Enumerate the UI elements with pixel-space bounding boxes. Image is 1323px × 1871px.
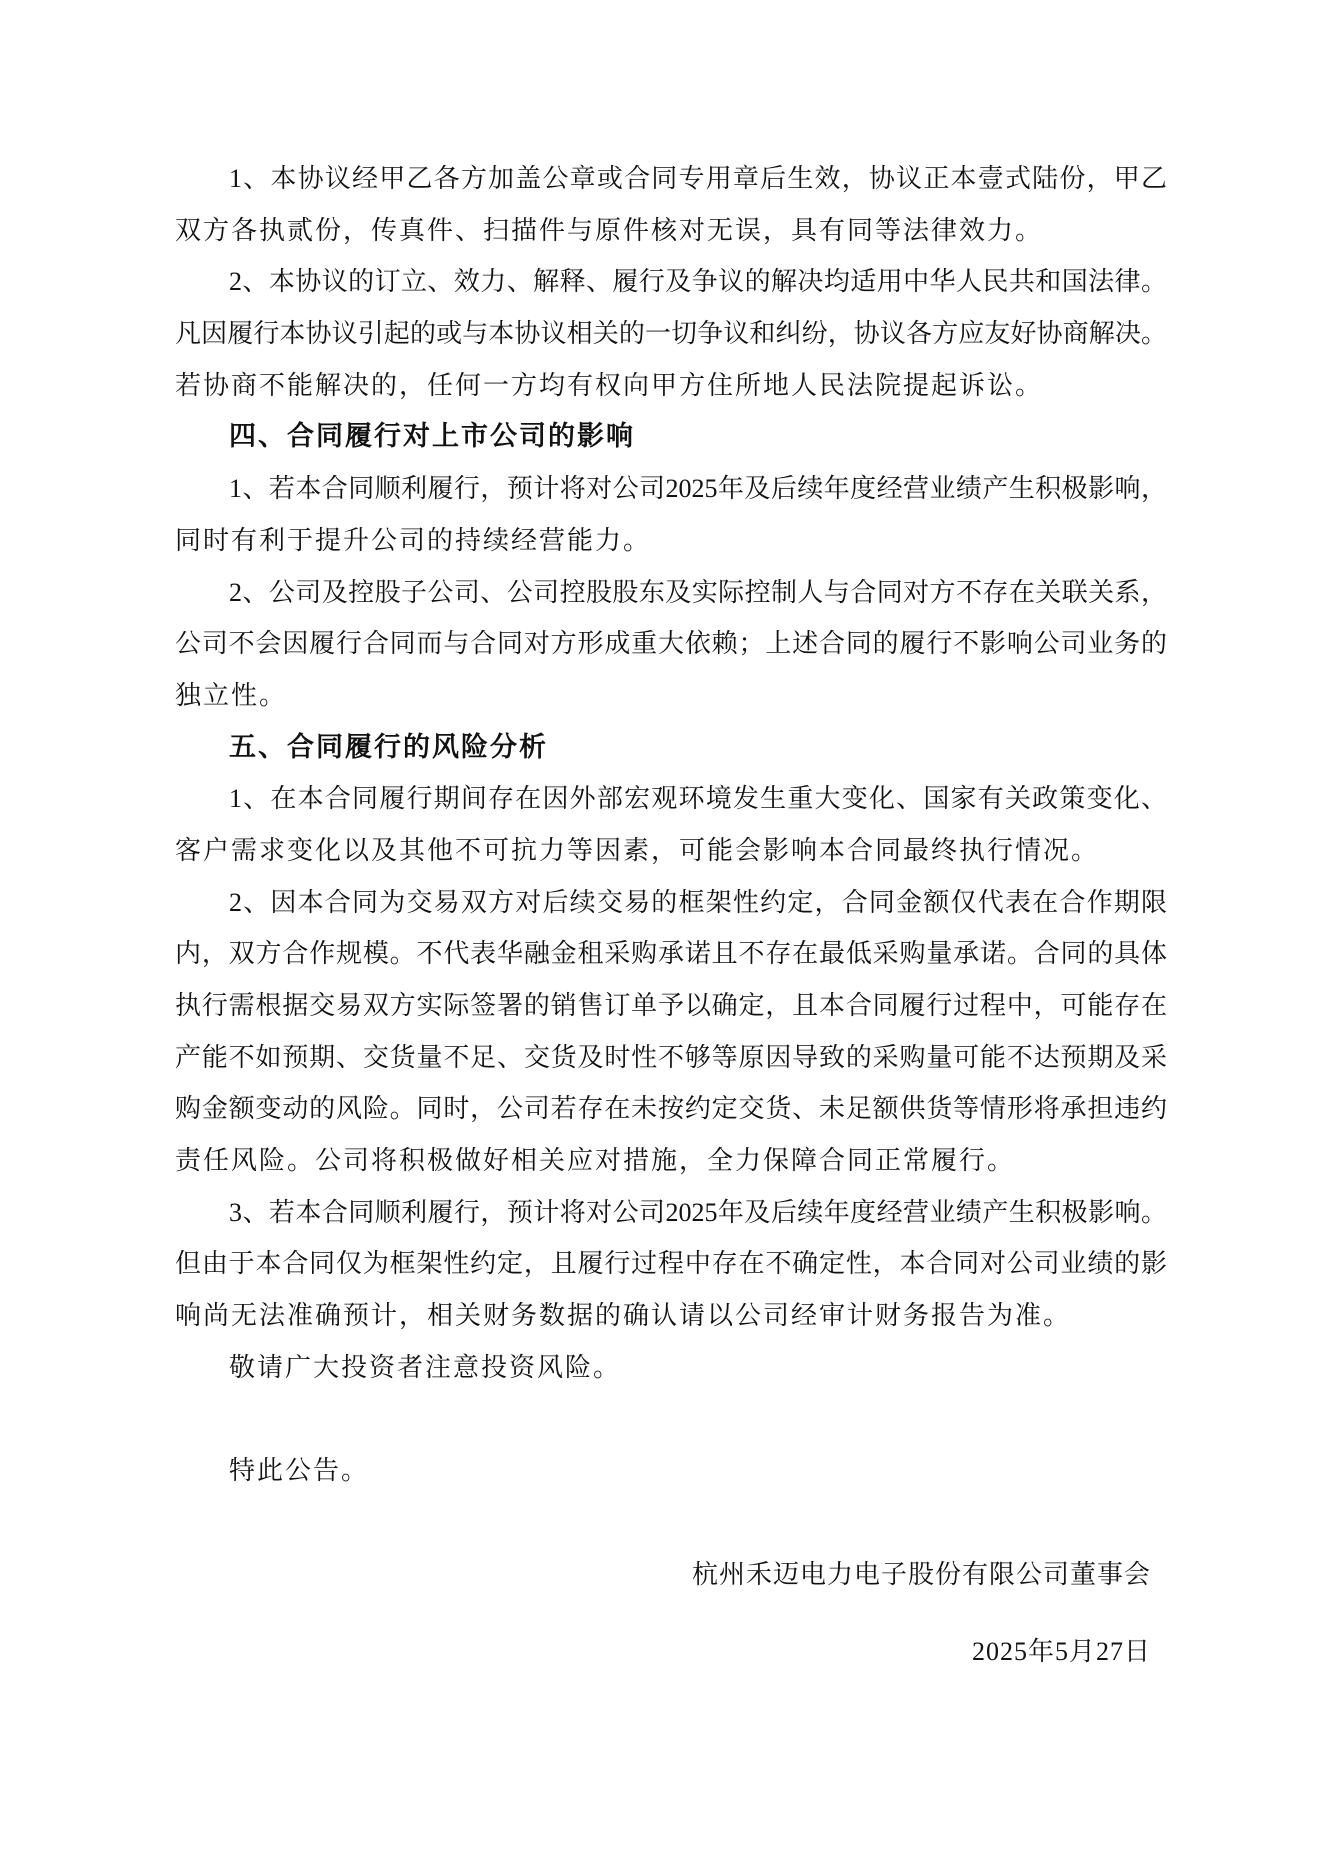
- text-line: 客户需求变化以及其他不可抗力等因素，可能会影响本合同最终执行情况。: [175, 825, 1167, 877]
- text-line: 独立性。: [175, 670, 1167, 722]
- date-line: 2025年5月27日: [175, 1626, 1167, 1678]
- text-line: 3、若本合同顺利履行，预计将对公司2025年及后续年度经营业绩产生积极影响。: [175, 1187, 1167, 1239]
- text-line: 响尚无法准确预计，相关财务数据的确认请以公司经审计财务报告为准。: [175, 1290, 1167, 1342]
- text-line: 2、公司及控股子公司、公司控股股东及实际控制人与合同对方不存在关联关系，: [175, 567, 1167, 619]
- text-line: 1、在本合同履行期间存在因外部宏观环境发生重大变化、国家有关政策变化、: [175, 773, 1167, 825]
- blank-line: [175, 1497, 1167, 1549]
- text-line: 产能不如预期、交货量不足、交货及时性不够等原因导致的采购量可能不达预期及采: [175, 1032, 1167, 1084]
- text-line: 2、因本合同为交易双方对后续交易的框架性约定，合同金额仅代表在合作期限: [175, 877, 1167, 929]
- signature-line: 杭州禾迈电力电子股份有限公司董事会: [175, 1549, 1167, 1601]
- text-line: 若协商不能解决的，任何一方均有权向甲方住所地人民法院提起诉讼。: [175, 360, 1167, 412]
- text-line: 1、若本合同顺利履行，预计将对公司2025年及后续年度经营业绩产生积极影响，: [175, 463, 1167, 515]
- text-line: 特此公告。: [175, 1445, 1167, 1497]
- text-line: 凡因履行本协议引起的或与本协议相关的一切争议和纠纷，协议各方应友好协商解决。: [175, 308, 1167, 360]
- text-line: 执行需根据交易双方实际签署的销售订单予以确定，且本合同履行过程中，可能存在: [175, 980, 1167, 1032]
- text-line: 同时有利于提升公司的持续经营能力。: [175, 515, 1167, 567]
- text-line: 内，双方合作规模。不代表华融金租采购承诺且不存在最低采购量承诺。合同的具体: [175, 928, 1167, 980]
- text-line: 敬请广大投资者注意投资风险。: [175, 1342, 1167, 1394]
- blank-line: [175, 1394, 1167, 1446]
- document-page: { "document": { "background_color": "#ff…: [0, 0, 1323, 1871]
- text-line: 1、本协议经甲乙各方加盖公章或合同专用章后生效，协议正本壹式陆份，甲乙: [175, 153, 1167, 205]
- text-line: 公司不会因履行合同而与合同对方形成重大依赖；上述合同的履行不影响公司业务的: [175, 618, 1167, 670]
- text-line: 双方各执贰份，传真件、扫描件与原件核对无误，具有同等法律效力。: [175, 205, 1167, 257]
- text-line: 2、本协议的订立、效力、解释、履行及争议的解决均适用中华人民共和国法律。: [175, 256, 1167, 308]
- text-line: 责任风险。公司将积极做好相关应对措施，全力保障合同正常履行。: [175, 1135, 1167, 1187]
- section-heading: 四、合同履行对上市公司的影响: [175, 411, 1167, 463]
- text-line: 购金额变动的风险。同时，公司若存在未按约定交货、未足额供货等情形将承担违约: [175, 1083, 1167, 1135]
- announcement-text-block: 1、本协议经甲乙各方加盖公章或合同专用章后生效，协议正本壹式陆份，甲乙双方各执贰…: [175, 153, 1167, 1678]
- section-heading: 五、合同履行的风险分析: [175, 722, 1167, 774]
- text-line: 但由于本合同仅为框架性约定，且履行过程中存在不确定性，本合同对公司业绩的影: [175, 1238, 1167, 1290]
